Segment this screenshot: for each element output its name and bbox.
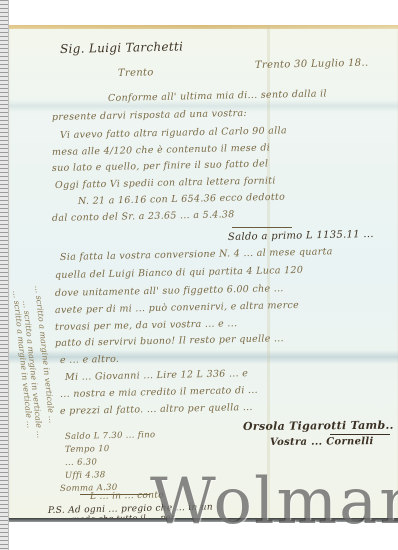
ledger-row-2: Tempo 10 <box>65 444 110 455</box>
ledger-value: 6.30 <box>77 457 97 467</box>
ledger-label: Saldo <box>65 431 91 442</box>
ledger-value: 4.38 <box>85 470 105 480</box>
signature-name: Orsola Tigarotti Tamb.. <box>243 419 394 433</box>
ledger-label: Uffi <box>65 471 83 481</box>
addressee-name: Sig. Luigi Tarchetti <box>60 39 184 56</box>
ledger-row-3: ... 6.30 <box>65 457 97 468</box>
ledger-value: L 7.30 ... fino <box>94 430 156 441</box>
signature-closing: Vostra ... Cornelli <box>270 436 374 448</box>
subtotal-rule <box>232 227 292 228</box>
ledger-label: Somma <box>60 483 94 494</box>
ledger-value: 10 <box>98 444 110 454</box>
signature-underline <box>330 434 390 435</box>
ledger-row-4: Uffi 4.38 <box>65 470 106 481</box>
body-line-16: e ... e altro. <box>60 354 119 366</box>
scan-ruler <box>0 0 9 550</box>
watermark-text: Wolmar <box>150 470 398 534</box>
ledger-label: Tempo <box>65 444 95 455</box>
addressee-city: Trento <box>118 67 154 79</box>
ledger-row-1: Saldo L 7.30 ... fino <box>65 430 156 442</box>
ledger-label: ... <box>65 458 74 468</box>
